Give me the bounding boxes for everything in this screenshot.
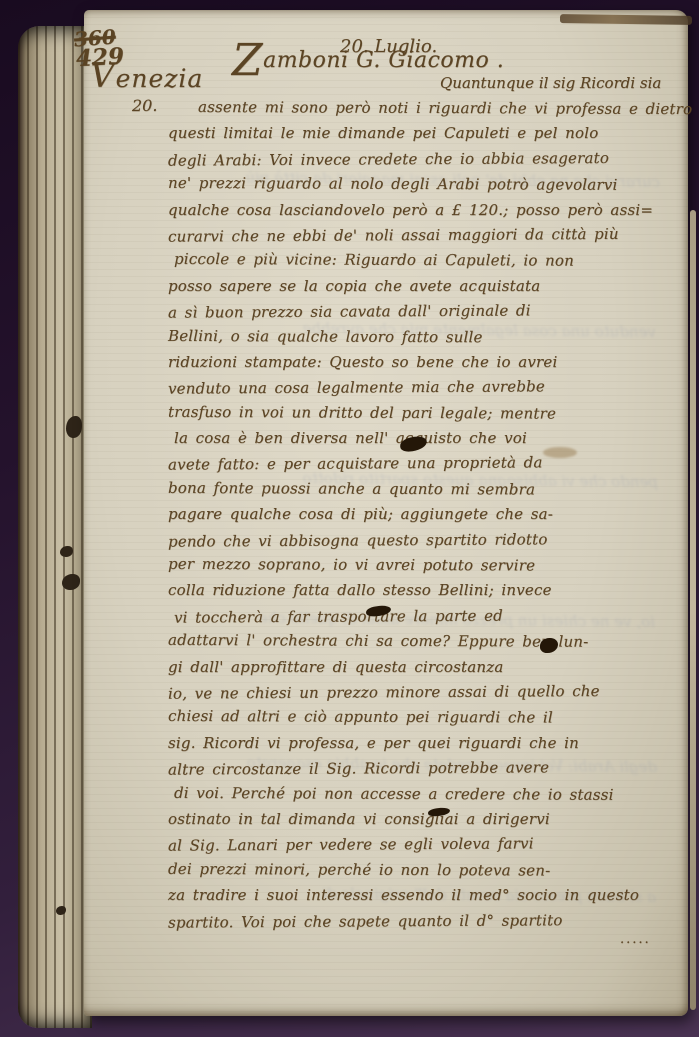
- letter-line: degli Arabi: Voi invece credete che io a…: [168, 148, 694, 177]
- torn-paper-edge: [560, 14, 692, 25]
- letter-line: assente mi sono però noti i riguardi che…: [198, 98, 694, 126]
- binding-speck: [56, 906, 66, 915]
- letter-line: questi limitai le mie dimande pei Capule…: [168, 124, 694, 149]
- letter-line: colla riduzione fatta dallo stesso Belli…: [168, 581, 694, 606]
- letter-line: a sì buon prezzo sia cavata dall' origin…: [168, 301, 694, 330]
- letter-opening-line: Quantunque il sig Ricordi sia: [440, 74, 661, 92]
- binding-speck: [60, 546, 73, 557]
- book-binding-edge: [18, 26, 92, 1028]
- letter-line: riduzioni stampate: Questo so bene che i…: [168, 353, 694, 378]
- recipient-name: Zamboni G. Giacomo .: [232, 48, 504, 73]
- letter-line: al Sig. Lanari per vedere se egli voleva…: [168, 834, 694, 863]
- letter-line: gi dall' approfittare di questa circosta…: [168, 658, 694, 683]
- trailing-dots: .....: [620, 932, 651, 947]
- ornate-initial: Z: [232, 35, 263, 86]
- letter-line: chiesi ad altri e ciò appunto pei riguar…: [168, 707, 694, 735]
- binding-speck: [62, 574, 80, 590]
- letter-line: pagare qualche cosa di più; aggiungete c…: [168, 505, 694, 530]
- binding-speck: [66, 416, 82, 438]
- letter-line: di voi. Perché poi non accesse a credere…: [174, 783, 694, 811]
- letter-line: pendo che vi abbisogna questo spartito r…: [168, 529, 694, 558]
- manuscript-photo: curarvi che ne ebbi de' noli assai maggi…: [0, 0, 699, 1037]
- letter-line: sig. Ricordi vi professa, e per quei rig…: [168, 734, 694, 759]
- letter-line: posso sapere se la copia che avete acqui…: [168, 277, 694, 302]
- letter-line: za tradire i suoi interessi essendo il m…: [168, 886, 694, 911]
- letter-line: adattarvi l' orchestra chi sa come? Eppu…: [168, 631, 694, 659]
- letter-line: io, ve ne chiesi un prezzo minore assai …: [168, 681, 694, 710]
- letter-line: curarvi che ne ebbi de' noli assai maggi…: [168, 224, 694, 253]
- letter-line: venduto una cosa legalmente mia che avre…: [168, 377, 694, 406]
- place-name: Venezia: [90, 56, 203, 96]
- letter-line: spartito. Voi poi che sapete quanto il d…: [168, 910, 694, 939]
- letter-line: vi toccherà a far trasportare la parte e…: [174, 605, 694, 634]
- letter-line: bona fonte puossi anche a quanto mi semb…: [168, 479, 694, 507]
- letter-line: trasfuso in voi un dritto del pari legal…: [168, 403, 694, 431]
- letter-line: la cosa è ben diversa nell' acquisto che…: [174, 429, 694, 454]
- paper-stain: [543, 447, 577, 458]
- letter-line: piccole e più vicine: Riguardo ai Capule…: [174, 250, 694, 278]
- letter-line: per mezzo soprano, io vi avrei potuto se…: [168, 555, 694, 583]
- letter-line: Bellini, o sia qualche lavoro fatto sull…: [168, 326, 694, 354]
- margin-day-note: 20.: [132, 96, 157, 115]
- letter-line: qualche cosa lasciandovelo però a £ 120.…: [168, 201, 694, 226]
- letter-line: altre circostanze il Sig. Ricordi potreb…: [168, 758, 694, 787]
- recipient-name-rest: amboni G. Giacomo .: [263, 48, 504, 73]
- letter-line: ne' prezzi riguardo al nolo degli Arabi …: [168, 174, 694, 202]
- letter-line: avete fatto: e per acquistare una propri…: [168, 453, 694, 482]
- letter-line: dei prezzi minori, perché io non lo pote…: [168, 860, 694, 888]
